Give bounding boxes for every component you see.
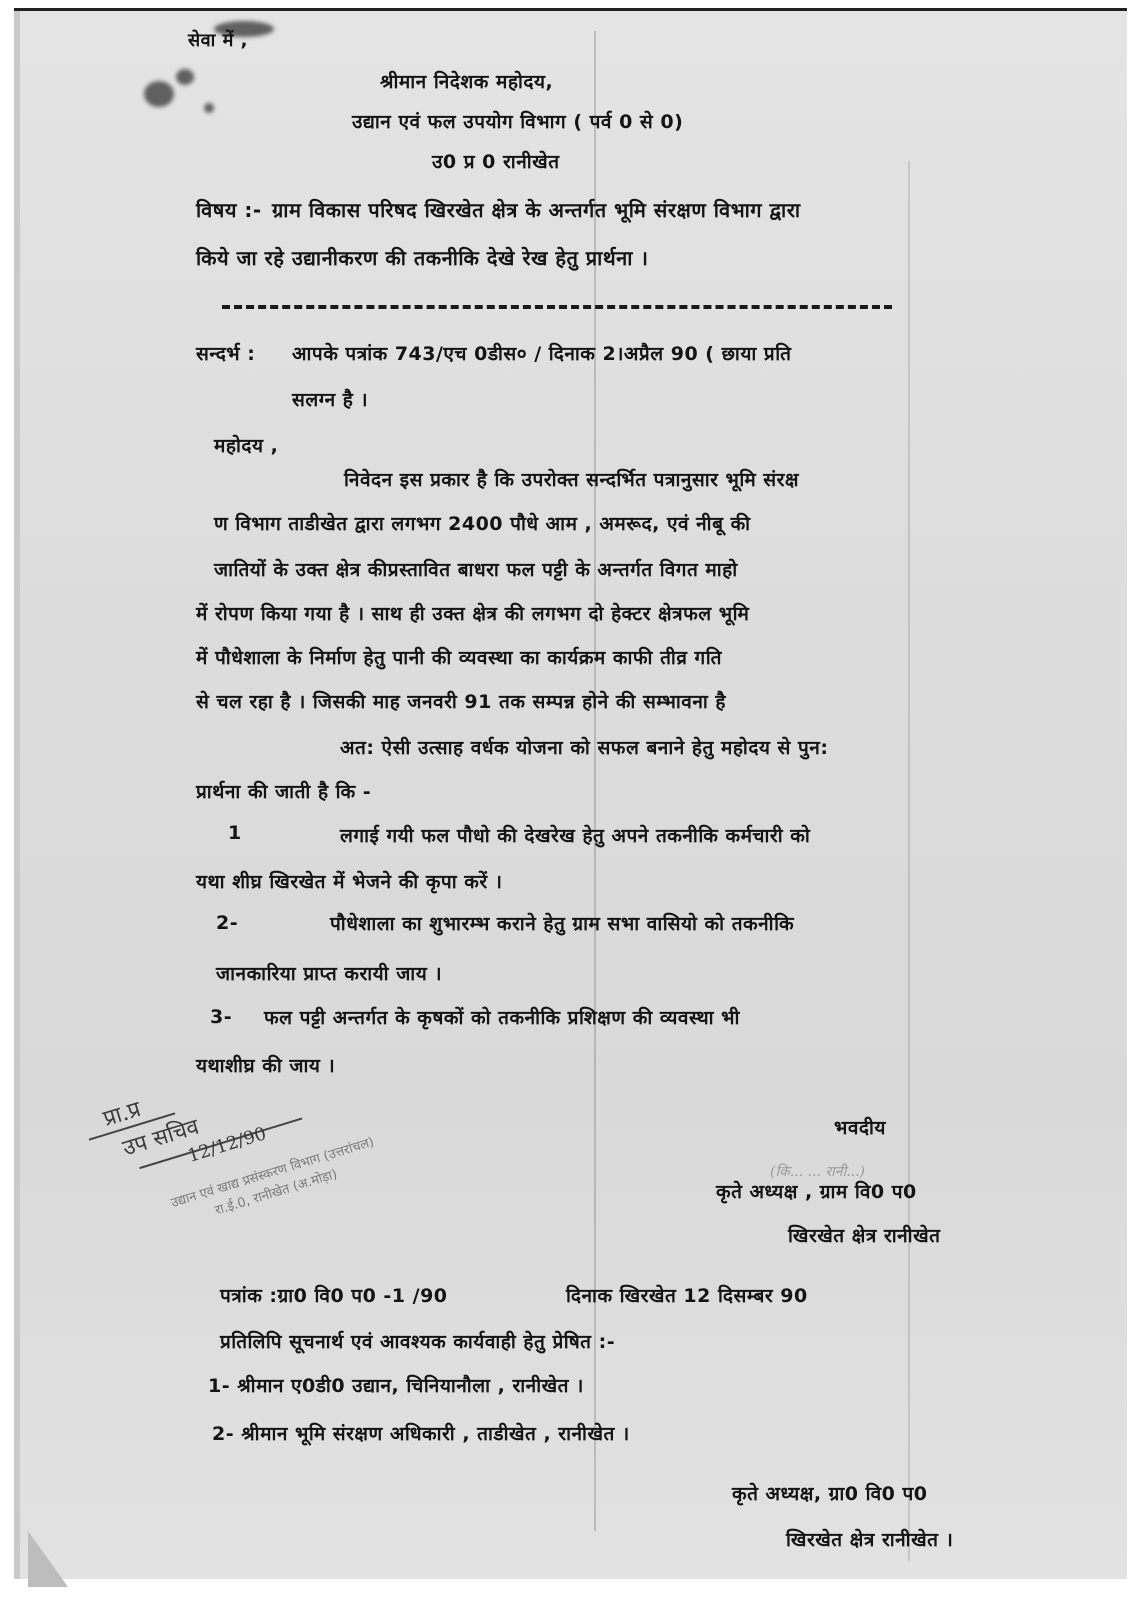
copy-to-item: 2- श्रीमान भूमि संरक्षण अधिकारी , ताडीखे…	[212, 1420, 630, 1446]
separator-dashed-line	[222, 305, 892, 309]
body-line: से चल रहा है । जिसकी माह जनवरी 91 तक सम्…	[196, 688, 726, 714]
body-line: अत: ऐसी उत्साह वर्धक योजना को सफल बनाने …	[340, 734, 828, 760]
body-line: निवेदन इस प्रकार है कि उपरोक्त सन्दर्भित…	[344, 466, 799, 492]
ink-stain	[144, 81, 174, 107]
body-line: ण विभाग ताडीखेत द्वारा लगभग 2400 पौधे आम…	[214, 510, 751, 536]
salutation-top: सेवा में ,	[188, 28, 248, 52]
closing2-line-1: कृते अध्यक्ष, ग्रा0 वि0 प0	[732, 1480, 927, 1506]
request-line: यथा शीघ्र खिरखेत में भेजने की कृपा करें …	[196, 868, 502, 894]
ink-stain	[204, 103, 214, 113]
body-line: में रोपण किया गया है । साथ ही उक्त क्षेत…	[196, 600, 749, 626]
body-line: में पौधेशाला के निर्माण हेतु पानी की व्य…	[196, 644, 722, 670]
subject-label: विषय :-	[196, 196, 262, 223]
copy-to-heading: प्रतिलिपि सूचनार्थ एवं आवश्यक कार्यवाही …	[220, 1328, 615, 1354]
signatory-line-1: कृते अध्यक्ष , ग्राम वि0 प0	[716, 1178, 917, 1204]
closing-yours: भवदीय	[834, 1114, 886, 1140]
recipient-line-2: उद्यान एवं फल उपयोग विभाग ( पर्व 0 से 0)	[352, 108, 683, 134]
body-line: प्रार्थना की जाती है कि -	[196, 778, 371, 804]
closing2-line-2: खिरखेत क्षेत्र रानीखेत ।	[786, 1526, 953, 1552]
reference-line-1: आपके पत्रांक 743/एच 0डीस० / दिनाक 2।अप्र…	[292, 340, 791, 366]
subject-line-2: किये जा रहे उद्यानीकरण की तकनीकि देखे रे…	[196, 244, 648, 271]
request-number: 1	[228, 822, 242, 844]
request-number: 3-	[210, 1006, 232, 1028]
dispatch-date: दिनाक खिरखेत 12 दिसम्बर 90	[566, 1282, 808, 1308]
request-line: जानकारिया प्राप्त करायी जाय ।	[216, 960, 442, 986]
recipient-line-3: उ0 प्र 0 रानीखेत	[432, 148, 560, 174]
ink-stain	[176, 69, 194, 85]
request-line: यथाशीघ्र की जाय ।	[196, 1052, 335, 1078]
request-number: 2-	[216, 912, 238, 934]
subject-line-1: ग्राम विकास परिषद खिरखेत क्षेत्र के अन्त…	[272, 196, 801, 223]
request-line: फल पट्टी अन्तर्गत के कृषकों को तकनीकि प्…	[264, 1004, 740, 1030]
recipient-line-1: श्रीमान निदेशक महोदय,	[380, 68, 553, 94]
fold-line	[908, 161, 910, 1561]
signatory-line-2: खिरखेत क्षेत्र रानीखेत	[788, 1222, 940, 1248]
request-line: लगाई गयी फल पौधो की देखरेख हेतु अपने तकन…	[340, 822, 810, 848]
greeting: महोदय ,	[214, 432, 278, 458]
request-line: पौधेशाला का शुभारम्भ कराने हेतु ग्राम सभ…	[330, 910, 794, 936]
folded-corner	[28, 1531, 68, 1587]
reference-label: सन्दर्भ :	[196, 340, 255, 366]
dispatch-reference: पत्रांक :ग्रा0 वि0 प0 -1 /90	[220, 1282, 448, 1308]
body-line: जातियों के उक्त क्षेत्र कीप्रस्तावित बाध…	[214, 556, 738, 582]
copy-to-item: 1- श्रीमान ए0डी0 उद्यान, चिनियानौला , रा…	[208, 1372, 584, 1398]
reference-line-2: सलग्न है ।	[292, 386, 368, 412]
